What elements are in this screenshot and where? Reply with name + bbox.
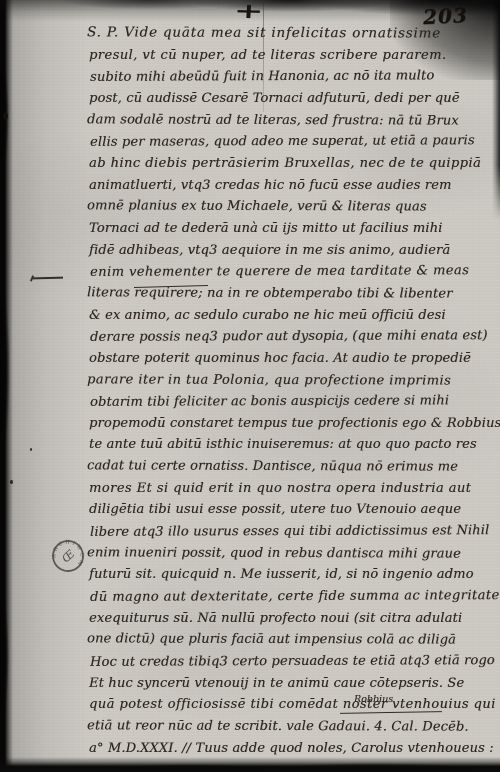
manuscript-line: obtarim tibi feliciter ac bonis auspicij… — [90, 390, 497, 413]
ink-speck — [30, 448, 32, 451]
manuscript-line: ab hinc diebis pertrāsierim Bruxellas, n… — [89, 153, 496, 175]
manuscript-line: Et huc syncerū vtenouij in te animū caue… — [89, 673, 496, 695]
manuscript-line: quā potest officiosissē tibi comēdat nos… — [89, 694, 496, 716]
manuscript-line: enim inueniri possit, quod in rebus dant… — [87, 542, 494, 565]
manuscript-line: Hoc ut credas tibiq3 certo persuadeas te… — [90, 650, 497, 673]
manuscript-line: cadat tui certe ornatiss. Dantisce, nūqu… — [87, 455, 494, 478]
ink-speck — [10, 480, 13, 484]
manuscript-line: animatluerti, vtq3 credas hic nō fucū es… — [89, 175, 496, 197]
manuscript-line: presul, vt cū nuper, ad te literas scrib… — [89, 45, 496, 67]
archive-stamp-monogram: Œ — [59, 547, 77, 565]
cross-mark: + — [233, 0, 264, 23]
manuscript-line: & ex animo, ac sedulo curabo ne hic meū … — [89, 305, 496, 327]
manuscript-line: te ante tuū abitū isthic inuiseremus: at… — [89, 434, 496, 456]
letter-body: S. P. Vide quāta mea sit infelicitas orn… — [89, 23, 496, 759]
manuscript-line: ellis per maseras, quod adeo me superat,… — [90, 130, 497, 153]
manuscript-line: omnē planius ex tuo Michaele, verū & lit… — [87, 196, 494, 219]
archive-stamp: ARCHIWUM Œ — [45, 533, 90, 578]
archive-stamp-icon: ARCHIWUM Œ — [45, 533, 90, 578]
manuscript-line: diligētia tibi usui esse possit, utere t… — [89, 499, 496, 521]
ink-speck — [3, 112, 8, 120]
manuscript-line: S. P. Vide quāta mea sit infelicitas orn… — [87, 22, 494, 45]
manuscript-line: propemodū constaret tempus tue profectio… — [89, 413, 496, 435]
manuscript-line: parare iter in tua Polonia, qua profecti… — [87, 369, 494, 392]
interlinear-addition: Robbius — [354, 694, 393, 705]
manuscript-line: a° M.D.XXXI. // Tuus adde quod noles, Ca… — [89, 738, 496, 760]
manuscript-line: fidē adhibeas, vtq3 aequiore in me sis a… — [89, 240, 496, 262]
manuscript-line: Tornaci ad te dederā unà cū ijs mitto ut… — [89, 218, 496, 240]
manuscript-line: libere atq3 illo usurus esses qui tibi a… — [90, 520, 497, 543]
manuscript-line: etiā ut reor nūc ad te scribit. vale Gad… — [87, 715, 494, 738]
manuscript-line: post, cū audissē Cesarē Tornaci adfuturū… — [89, 88, 496, 110]
margin-dash-mark — [33, 277, 63, 280]
manuscript-line: exequiturus sū. Nā nullū profecto noui (… — [89, 608, 496, 630]
manuscript-line: derare possis neq3 pudor aut dysopia, (q… — [90, 325, 497, 348]
manuscript-line: subito mihi abeūdū fuit in Hanonia, ac n… — [90, 65, 497, 88]
manuscript-line: futurū sit. quicquid n. Me iusserit, id,… — [89, 564, 496, 586]
manuscript-line: obstare poterit quominus hoc facia. At a… — [89, 348, 496, 370]
manuscript-line: dū magno aut dexteritate, certe fide sum… — [90, 585, 497, 608]
manuscript-line: dam sodalē nostrū ad te literas, sed fru… — [87, 109, 494, 132]
manuscript-line: mores Et si quid erit in quo nostra oper… — [89, 478, 496, 500]
manuscript-line: one dictū) que pluris faciā aut impensiu… — [87, 629, 494, 652]
scanned-manuscript-page: + 203 ARCHIWUM Œ S. P. Vide quāta mea si… — [0, 0, 500, 772]
manuscript-line: enim vehementer te querere de mea tardit… — [90, 260, 497, 283]
